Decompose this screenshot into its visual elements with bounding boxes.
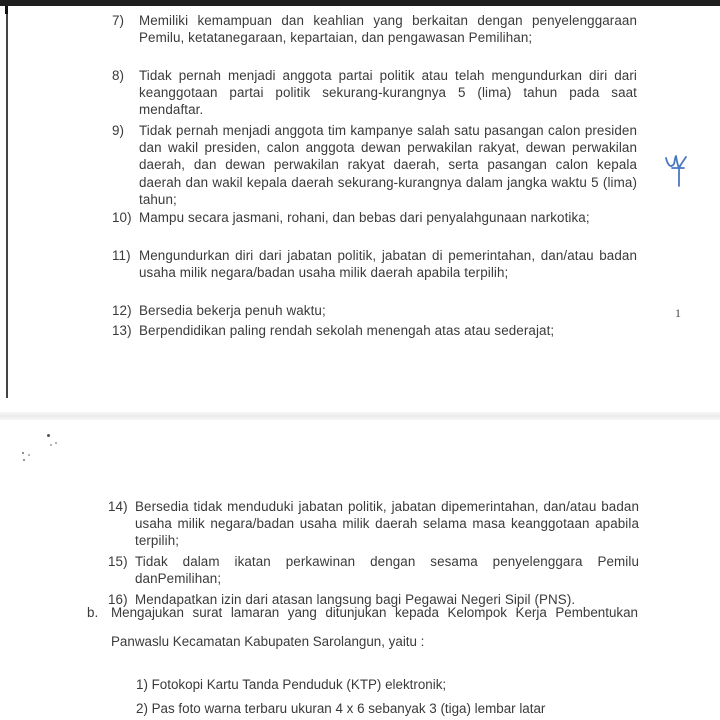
list-number: 9) <box>112 122 138 139</box>
sub-item-1: 1) Fotokopi Kartu Tanda Penduduk (KTP) e… <box>136 676 636 693</box>
list-item-14: 14) Bersedia tidak menduduki jabatan pol… <box>108 498 639 550</box>
list-text: Memiliki kemampuan dan keahlian yang ber… <box>139 12 637 46</box>
page-number: 1 <box>675 306 681 321</box>
list-item-7: 7) Memiliki kemampuan dan keahlian yang … <box>112 12 637 46</box>
scan-speck <box>28 454 30 456</box>
list-text: Tidak dalam ikatan perkawinan dengan ses… <box>135 553 639 587</box>
list-number: 7) <box>112 12 138 29</box>
scan-speck <box>23 459 25 461</box>
list-text: Mampu secara jasmani, rohani, dan bebas … <box>139 209 637 226</box>
page-margin-line <box>6 8 8 398</box>
list-text: Bersedia tidak menduduki jabatan politik… <box>135 498 639 550</box>
list-number: 11) <box>112 247 138 264</box>
list-item-8: 8) Tidak pernah menjadi anggota partai p… <box>112 67 637 119</box>
section-letter: b. <box>87 598 98 627</box>
list-text: Tidak pernah menjadi anggota tim kampany… <box>139 122 637 208</box>
list-text: Bersedia bekerja penuh waktu; <box>139 302 637 319</box>
list-item-12: 12) Bersedia bekerja penuh waktu; <box>112 302 637 319</box>
list-item-9: 9) Tidak pernah menjadi anggota tim kamp… <box>112 122 637 208</box>
list-item-15: 15) Tidak dalam ikatan perkawinan dengan… <box>108 553 639 587</box>
list-item-11: 11) Mengundurkan diri dari jabatan polit… <box>112 247 637 281</box>
list-number: 8) <box>112 67 138 84</box>
list-text: Mengundurkan diri dari jabatan politik, … <box>139 247 637 281</box>
list-number: 14) <box>108 498 134 515</box>
list-number: 15) <box>108 553 134 570</box>
handwritten-mark-icon <box>662 152 692 188</box>
list-item-10: 10) Mampu secara jasmani, rohani, dan be… <box>112 209 637 226</box>
list-text: Berpendidikan paling rendah sekolah mene… <box>139 322 637 339</box>
scan-speck <box>50 444 52 446</box>
list-number: 13) <box>112 322 138 339</box>
sub-item-2: 2) Pas foto warna terbaru ukuran 4 x 6 s… <box>136 700 636 717</box>
list-number: 12) <box>112 302 138 319</box>
list-text: Tidak pernah menjadi anggota partai poli… <box>139 67 637 119</box>
scan-speck <box>55 442 57 444</box>
document-page-2: 14) Bersedia tidak menduduki jabatan pol… <box>0 420 720 720</box>
list-item-13: 13) Berpendidikan paling rendah sekolah … <box>112 322 637 339</box>
scan-speck <box>47 434 50 437</box>
scan-speck <box>22 452 24 454</box>
margin-mark <box>5 6 8 14</box>
page-break <box>0 412 720 420</box>
section-b: b. Mengajukan surat lamaran yang ditunju… <box>87 598 638 656</box>
list-number: 10) <box>112 209 138 226</box>
section-text: Mengajukan surat lamaran yang ditunjukan… <box>111 598 638 656</box>
